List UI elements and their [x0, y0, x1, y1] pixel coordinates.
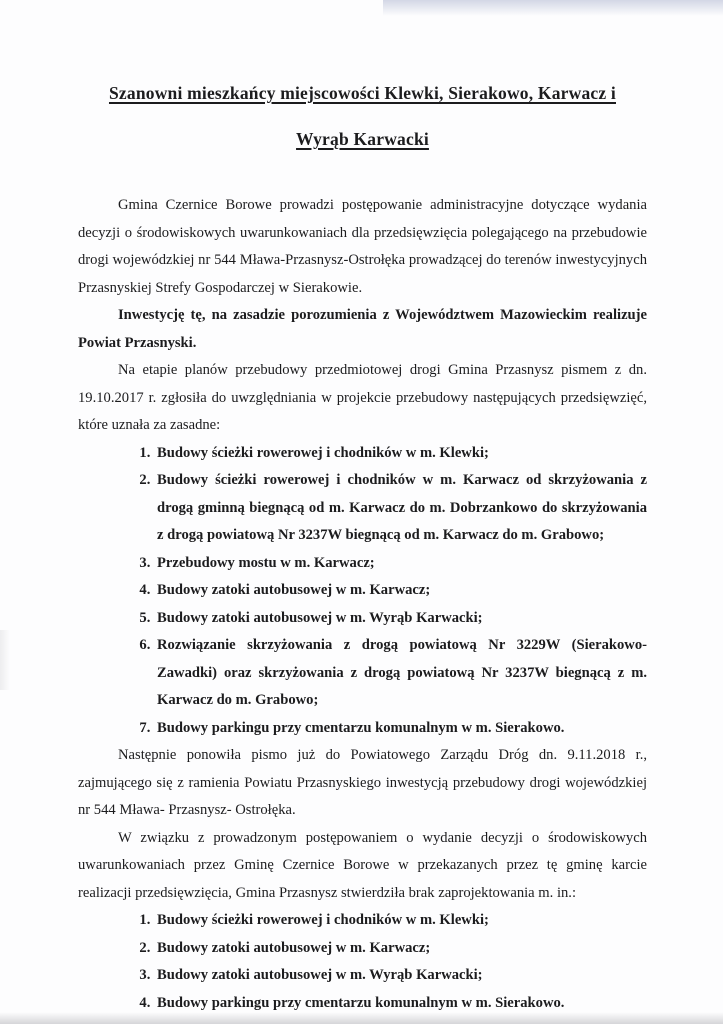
- paragraph-proceedings-intro: Gmina Czernice Borowe prowadzi postępowa…: [78, 192, 647, 302]
- scan-artifact-top: [383, 0, 723, 16]
- list-item: Przebudowy mostu w m. Karwacz;: [154, 550, 647, 578]
- paragraph-followup-2018: Następnie ponowiła pismo już do Powiatow…: [78, 742, 647, 825]
- list-item: Budowy ścieżki rowerowej i chodników w m…: [154, 907, 647, 935]
- scan-artifact-left: [0, 630, 10, 690]
- list-item: Budowy zatoki autobusowej w m. Karwacz;: [154, 577, 647, 605]
- list-item: Budowy ścieżki rowerowej i chodników w m…: [154, 440, 647, 468]
- paragraph-investor: Inwestycję tę, na zasadzie porozumienia …: [78, 302, 647, 357]
- paragraph-missing-designs: W związku z prowadzonym postępowaniem o …: [78, 825, 647, 908]
- document-title-line-2: Wyrąb Karwacki: [78, 116, 647, 162]
- document-title: Szanowni mieszkańcy miejscowości Klewki,…: [78, 70, 647, 162]
- list-item: Budowy zatoki autobusowej w m. Wyrąb Kar…: [154, 962, 647, 990]
- list-item: Budowy zatoki autobusowej w m. Karwacz;: [154, 935, 647, 963]
- document-page: Szanowni mieszkańcy miejscowości Klewki,…: [0, 0, 723, 1024]
- document-title-line-1: Szanowni mieszkańcy miejscowości Klewki,…: [78, 70, 647, 116]
- list-item: Budowy zatoki autobusowej w m. Wyrąb Kar…: [154, 605, 647, 633]
- requested-projects-list: Budowy ścieżki rowerowej i chodników w m…: [130, 440, 647, 743]
- list-item: Budowy parkingu przy cmentarzu komunalny…: [154, 715, 647, 743]
- list-item: Budowy ścieżki rowerowej i chodników w m…: [154, 467, 647, 550]
- missing-projects-list: Budowy ścieżki rowerowej i chodników w m…: [130, 907, 647, 1017]
- paragraph-plans-2017: Na etapie planów przebudowy przedmiotowe…: [78, 357, 647, 440]
- list-item: Rozwiązanie skrzyżowania z drogą powiato…: [154, 632, 647, 715]
- list-item: Budowy parkingu przy cmentarzu komunalny…: [154, 990, 647, 1018]
